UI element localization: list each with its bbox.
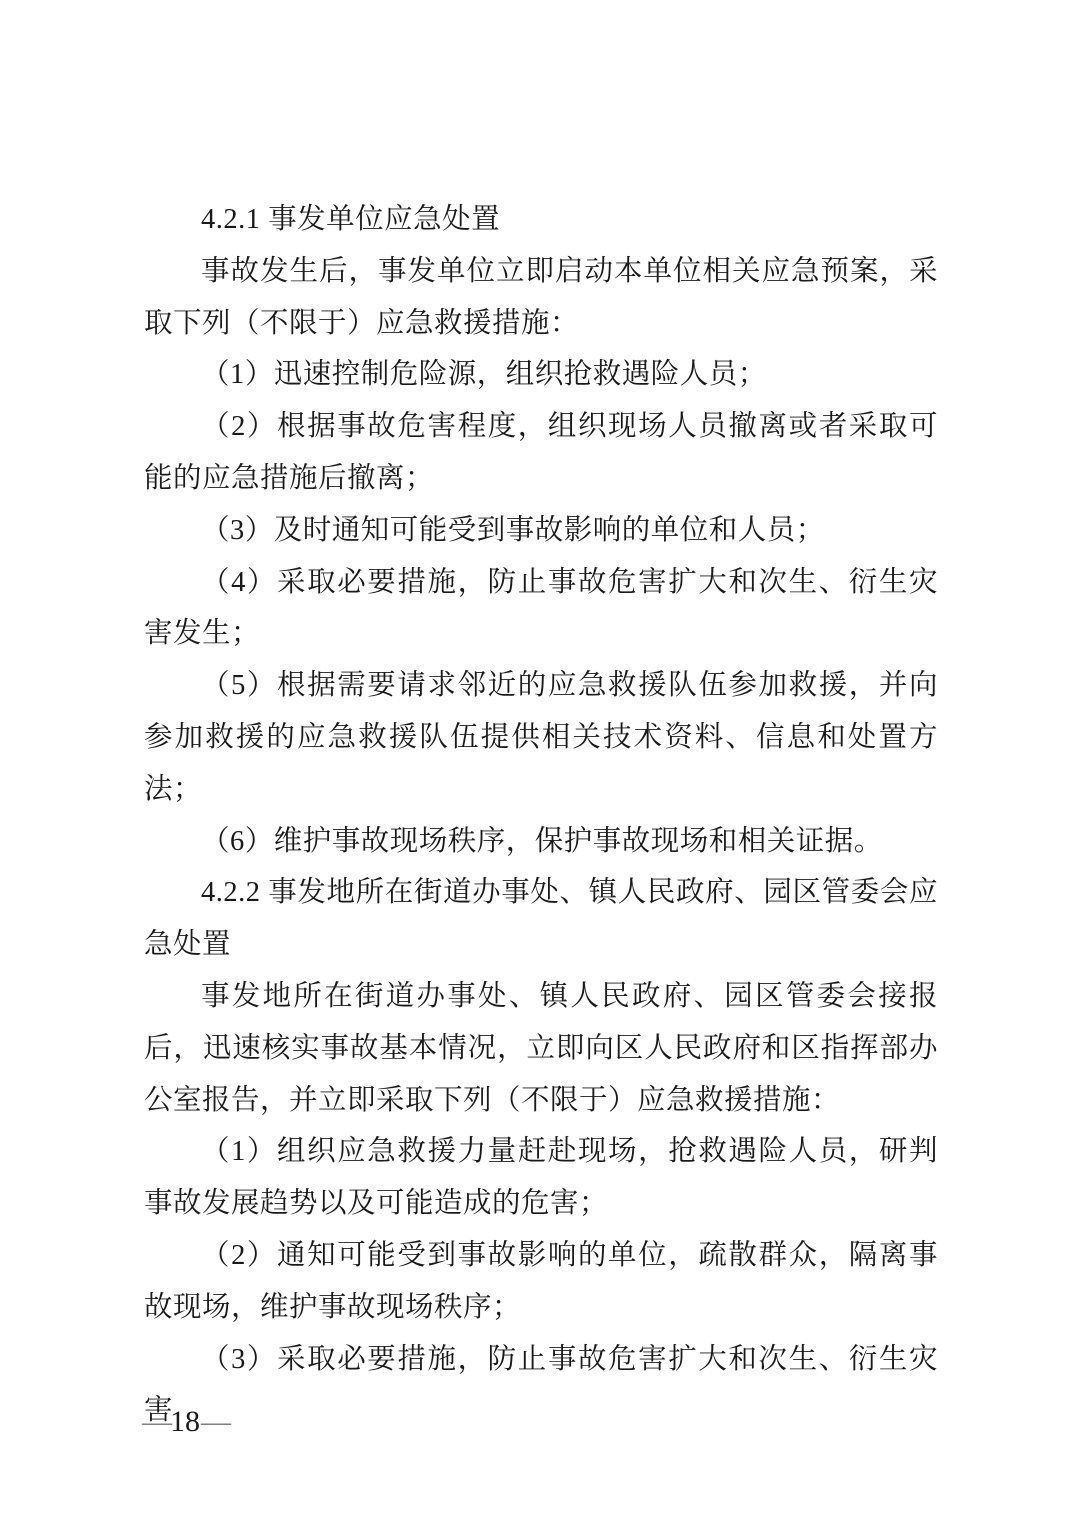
section-heading: 4.2.1 事发单位应急处置 xyxy=(144,194,938,246)
list-item-paragraph: （4）采取必要措施，防止事故危害扩大和次生、衍生灾害发生； xyxy=(144,557,938,661)
document-body: 4.2.1 事发单位应急处置事故发生后，事发单位立即启动本单位相关应急预案，采取… xyxy=(144,194,938,1437)
list-item-paragraph: （3）及时通知可能受到事故影响的单位和人员； xyxy=(144,505,938,557)
list-item-paragraph: （5）根据需要请求邻近的应急救援队伍参加救援，并向参加救援的应急救援队伍提供相关… xyxy=(144,660,938,815)
footer-right-dash: — xyxy=(201,1405,228,1438)
list-item-paragraph: （1）组织应急救援力量赶赴现场，抢救遇险人员，研判事故发展趋势以及可能造成的危害… xyxy=(144,1126,938,1230)
page-number: 18 xyxy=(169,1405,201,1438)
list-item-paragraph: （2）通知可能受到事故影响的单位，疏散群众，隔离事故现场，维护事故现场秩序； xyxy=(144,1230,938,1334)
body-paragraph: 事故发生后，事发单位立即启动本单位相关应急预案，采取下列（不限于）应急救援措施： xyxy=(144,246,938,350)
footer-left-dash: — xyxy=(142,1405,169,1438)
list-item-paragraph: （3）采取必要措施，防止事故危害扩大和次生、衍生灾害 xyxy=(144,1334,938,1438)
list-item-paragraph: （1）迅速控制危险源，组织抢救遇险人员； xyxy=(144,349,938,401)
document-page: 4.2.1 事发单位应急处置事故发生后，事发单位立即启动本单位相关应急预案，采取… xyxy=(0,0,1074,1520)
body-paragraph: 事发地所在街道办事处、镇人民政府、园区管委会接报后，迅速核实事故基本情况，立即向… xyxy=(144,971,938,1126)
list-item-paragraph: （2）根据事故危害程度，组织现场人员撤离或者采取可能的应急措施后撤离； xyxy=(144,401,938,505)
section-heading: 4.2.2 事发地所在街道办事处、镇人民政府、园区管委会应急处置 xyxy=(144,867,938,971)
page-footer: —18— xyxy=(142,1404,228,1440)
list-item-paragraph: （6）维护事故现场秩序，保护事故现场和相关证据。 xyxy=(144,816,938,868)
